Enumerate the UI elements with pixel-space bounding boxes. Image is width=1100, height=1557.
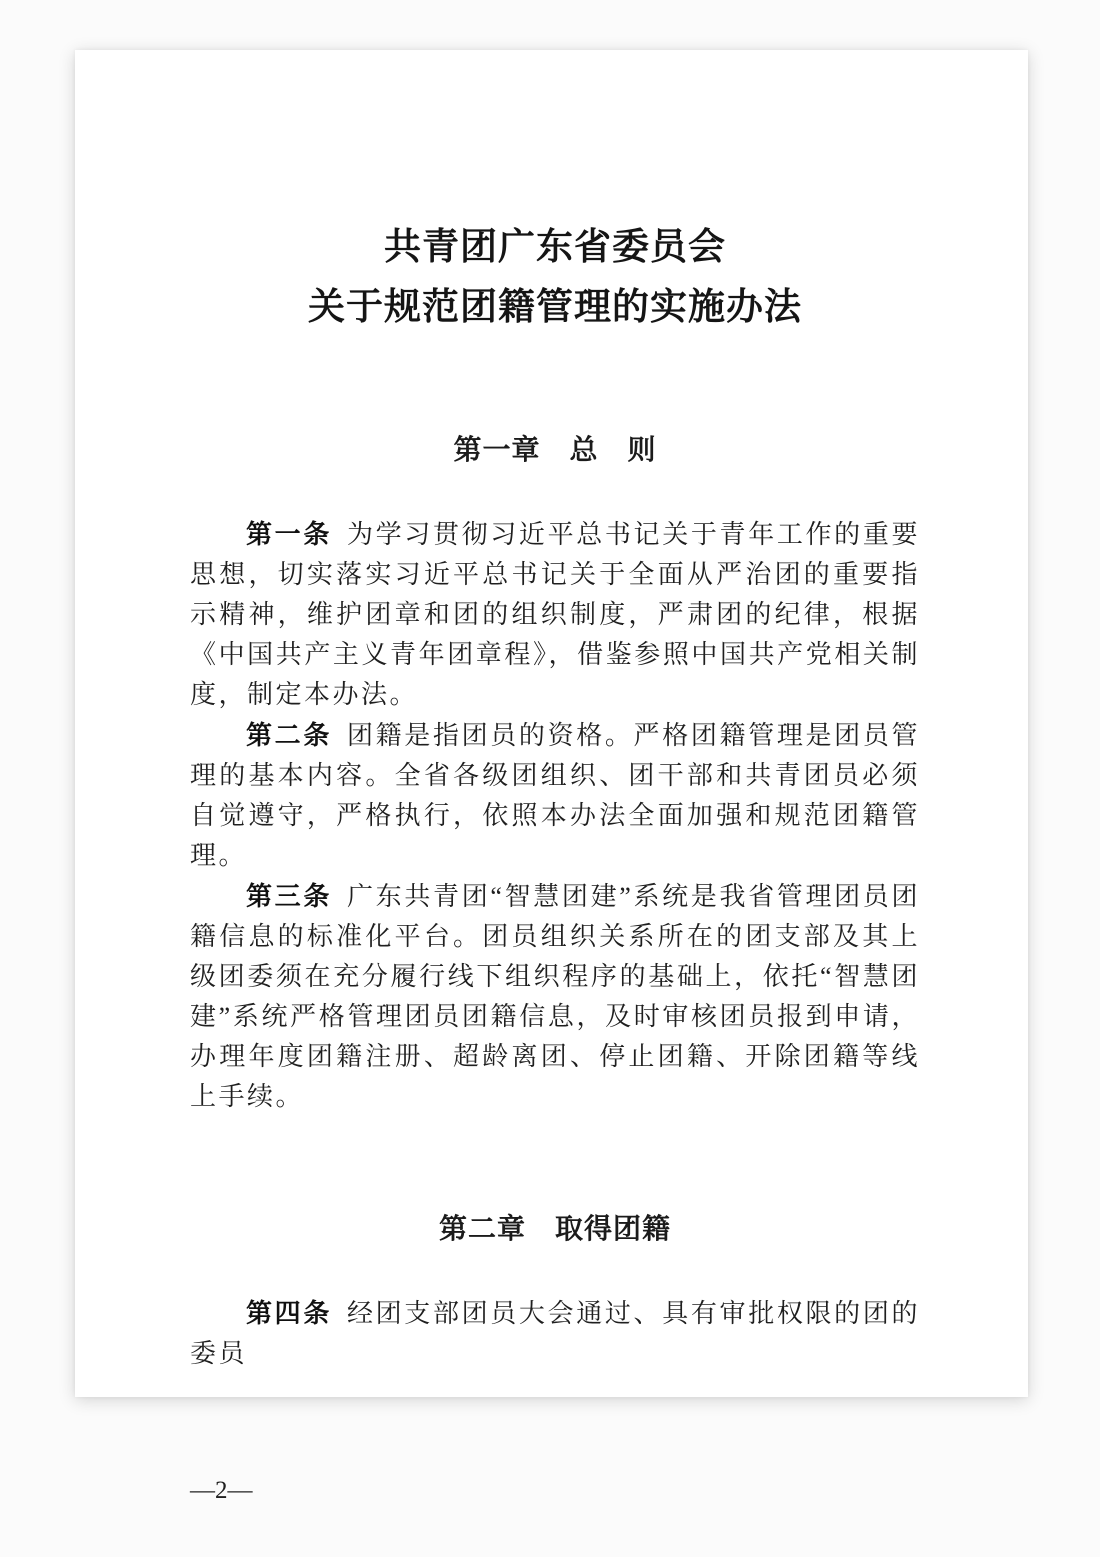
page-number: —2— (190, 1476, 253, 1506)
chapter-2-heading: 第二章 取得团籍 (190, 1209, 920, 1249)
document-content: 共青团广东省委员会 关于规范团籍管理的实施办法 第一章 总 则 第一条为学习贯彻… (75, 218, 1028, 1557)
chapter-1-heading: 第一章 总 则 (190, 430, 920, 470)
article-3-label: 第三条 (246, 881, 332, 911)
article-2-label: 第二条 (246, 720, 332, 750)
article-2-paragraph: 第二条团籍是指团员的资格。严格团籍管理是团员管理的基本内容。全省各级团组织、团干… (190, 715, 920, 876)
document-page: 共青团广东省委员会 关于规范团籍管理的实施办法 第一章 总 则 第一条为学习贯彻… (75, 50, 1028, 1397)
article-4-paragraph: 第四条经团支部团员大会通过、具有审批权限的团的委员 (190, 1293, 920, 1374)
article-3-paragraph: 第三条广东共青团“智慧团建”系统是我省管理团员团籍信息的标准化平台。团员组织关系… (190, 876, 920, 1117)
article-1-paragraph: 第一条为学习贯彻习近平总书记关于青年工作的重要思想，切实落实习近平总书记关于全面… (190, 514, 920, 715)
article-1-label: 第一条 (246, 519, 332, 549)
article-4-label: 第四条 (246, 1298, 332, 1328)
title-line-2: 关于规范团籍管理的实施办法 (190, 278, 920, 338)
article-3-text: 广东共青团“智慧团建”系统是我省管理团员团籍信息的标准化平台。团员组织关系所在的… (190, 882, 920, 1111)
document-title: 共青团广东省委员会 关于规范团籍管理的实施办法 (190, 218, 920, 338)
title-line-1: 共青团广东省委员会 (190, 218, 920, 278)
